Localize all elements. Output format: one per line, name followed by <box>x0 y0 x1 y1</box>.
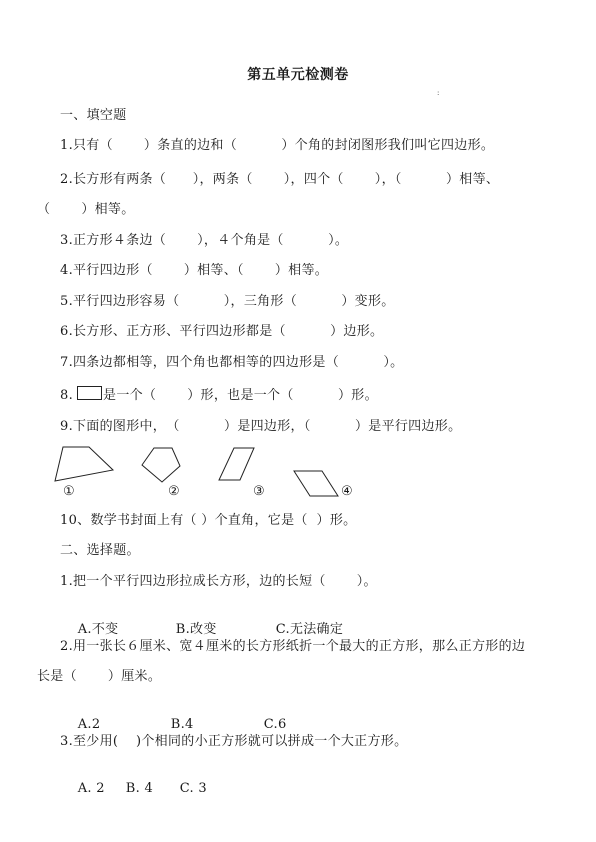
question-1-9-figures: ① ② ③ ④ <box>40 445 380 507</box>
option-c: C. 3 <box>180 781 207 797</box>
stray-mark: : <box>437 89 439 97</box>
question-1-7: 7.四条边都相等，四个角也都相等的四边形是（ ）。 <box>60 355 403 371</box>
question-2-2-line1: 2.用一张长６厘米、宽４厘米的长方形纸折一个最大的正方形，那么正方形的边 <box>60 639 525 655</box>
shape-label-4: ④ <box>341 485 353 499</box>
question-1-6: 6.长方形、正方形、平行四边形都是（ ）边形。 <box>60 324 383 340</box>
document-title: 第五单元检测卷 <box>0 64 596 84</box>
shape-2-pentagon <box>142 448 180 482</box>
option-b: B.4 <box>171 717 264 733</box>
question-1-2-line2: （ ）相等。 <box>37 202 135 218</box>
option-c: C.无法确定 <box>276 622 343 638</box>
question-1-9: 9.下面的图形中， （ ）是四边形，（ ）是平行四边形。 <box>60 419 461 435</box>
rectangle-figure <box>77 386 102 400</box>
question-1-5: 5.平行四边形容易（ ），三角形（ ）变形。 <box>60 294 395 310</box>
option-a: A.不变 <box>78 622 176 638</box>
question-1-4: 4.平行四边形（ ）相等、（ ）相等。 <box>60 263 328 279</box>
shapes-svg <box>40 445 380 507</box>
shape-label-1: ① <box>63 485 75 499</box>
worksheet-page: 第五单元检测卷 : 一、填空题 1.只有（ ）条直的边和（ ）个角的封闭图形我们… <box>0 0 596 842</box>
question-2-2-line2: 长是（ ）厘米。 <box>37 669 161 685</box>
option-a: A. 2 <box>78 781 126 797</box>
question-1-8-prefix: 8. <box>60 388 73 403</box>
shape-label-3: ③ <box>253 485 265 499</box>
question-1-1: 1.只有（ ）条直的边和（ ）个角的封闭图形我们叫它四边形。 <box>60 138 494 154</box>
question-1-8-text: 是一个（ ）形，也是一个（ ）形。 <box>103 388 378 403</box>
shape-label-2: ② <box>168 485 180 499</box>
option-c: C.6 <box>264 717 287 733</box>
option-a: A.2 <box>78 717 171 733</box>
question-1-2-line1: 2.长方形有两条（ ），两条（ ），四个（ ），（ ）相等、 <box>60 172 499 188</box>
shape-3-parallelogram <box>219 448 254 480</box>
question-1-8: 8.是一个（ ）形，也是一个（ ）形。 <box>60 386 378 404</box>
question-1-3: 3.正方形４条边（ ），４个角是（ ）。 <box>60 233 348 249</box>
question-2-3-options: A. 2B. 4C. 3 <box>60 765 207 813</box>
question-1-10: 10、数学书封面上有（ ）个直角，它是（ ）形。 <box>60 513 356 529</box>
option-b: B.改变 <box>176 622 276 638</box>
question-2-1: 1.把一个平行四边形拉成长方形，边的长短（ ）。 <box>60 574 377 590</box>
section-heading-multiple-choice: 二、选择题。 <box>60 543 140 559</box>
section-heading-fill-in: 一、填空题 <box>60 108 127 124</box>
option-b: B. 4 <box>126 781 180 797</box>
shape-4-parallelogram <box>294 471 338 496</box>
shape-1-quadrilateral <box>55 447 113 481</box>
question-2-3: 3.至少用( )个相同的小正方形就可以拼成一个大正方形。 <box>60 734 407 750</box>
